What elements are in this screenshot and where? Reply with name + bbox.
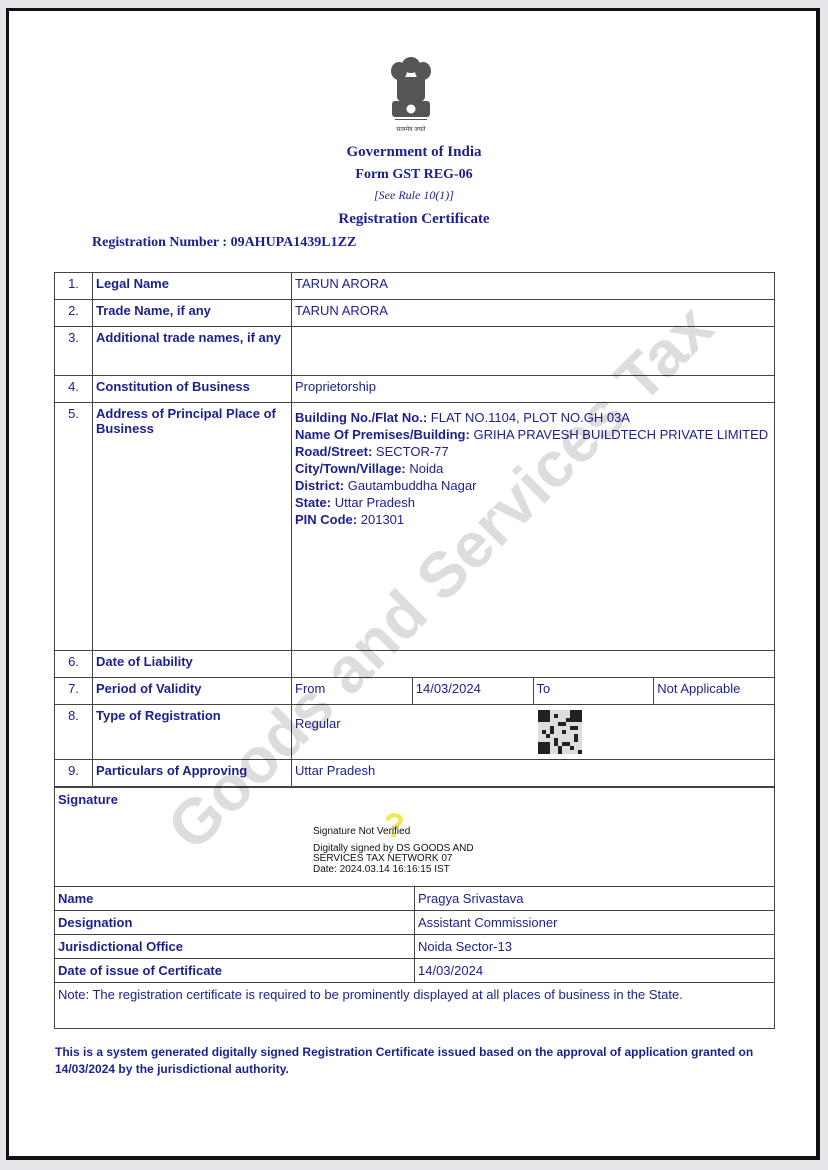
- table-row: 9. Particulars of Approving Uttar Prades…: [55, 760, 775, 787]
- row-number: 9.: [55, 760, 93, 787]
- signature-date: Date: 2024.03.14 16:16:15 IST: [313, 865, 474, 876]
- signature-table: Signature ? Signature Not Verified Digit…: [54, 787, 775, 1029]
- designation-label: Designation: [55, 911, 415, 935]
- row-label: Trade Name, if any: [93, 300, 292, 327]
- signature-row: Signature ? Signature Not Verified Digit…: [55, 788, 775, 887]
- row-label: Particulars of Approving: [93, 760, 292, 787]
- signature-signer-cont: SERVICES TAX NETWORK 07: [313, 854, 474, 865]
- government-title: Government of India: [0, 144, 828, 161]
- table-row: 1. Legal Name TARUN ARORA: [55, 273, 775, 300]
- row-number: 1.: [55, 273, 93, 300]
- row-number: 6.: [55, 651, 93, 678]
- row-label: Constitution of Business: [93, 376, 292, 403]
- row-number: 8.: [55, 705, 93, 760]
- address-line: District: Gautambuddha Nagar: [295, 477, 771, 494]
- officer-row: Jurisdictional Office Noida Sector-13: [55, 935, 775, 959]
- table-row: 3. Additional trade names, if any: [55, 327, 775, 376]
- row-label: Period of Validity: [93, 678, 292, 705]
- row-label: Type of Registration: [93, 705, 292, 760]
- legal-name-value: TARUN ARORA: [292, 273, 775, 300]
- registration-type-value: Regular: [295, 708, 771, 731]
- note-text: Note: The registration certificate is re…: [55, 983, 775, 1029]
- address-value: Building No./Flat No.: FLAT NO.1104, PLO…: [292, 403, 775, 651]
- jurisdiction-label: Jurisdictional Office: [55, 935, 415, 959]
- address-line: PIN Code: 201301: [295, 511, 771, 528]
- table-row: 5. Address of Principal Place of Busines…: [55, 403, 775, 651]
- officer-name-label: Name: [55, 887, 415, 911]
- table-row: 8. Type of Registration Regular: [55, 705, 775, 760]
- row-number: 7.: [55, 678, 93, 705]
- trade-name-value: TARUN ARORA: [292, 300, 775, 327]
- officer-row: Name Pragya Srivastava: [55, 887, 775, 911]
- document-title: Registration Certificate: [0, 211, 828, 228]
- address-line: Road/Street: SECTOR-77: [295, 443, 771, 460]
- digital-signature[interactable]: Signature Not Verified Digitally signed …: [313, 827, 474, 875]
- row-number: 2.: [55, 300, 93, 327]
- officer-row: Designation Assistant Commissioner: [55, 911, 775, 935]
- table-row: 2. Trade Name, if any TARUN ARORA: [55, 300, 775, 327]
- svg-text:सत्यमेव जयते: सत्यमेव जयते: [396, 125, 426, 133]
- issue-date-label: Date of issue of Certificate: [55, 959, 415, 983]
- rule-reference: [See Rule 10(1)]: [0, 188, 828, 203]
- registration-number-label: Registration Number :: [92, 235, 227, 250]
- officer-name-value: Pragya Srivastava: [415, 887, 775, 911]
- signature-cell: Signature ? Signature Not Verified Digit…: [55, 788, 775, 887]
- signature-label: Signature: [58, 792, 771, 807]
- address-line: Building No./Flat No.: FLAT NO.1104, PLO…: [295, 409, 771, 426]
- registration-details-table: 1. Legal Name TARUN ARORA 2. Trade Name,…: [54, 272, 775, 787]
- row-number: 4.: [55, 376, 93, 403]
- row-label: Legal Name: [93, 273, 292, 300]
- row-label: Address of Principal Place of Business: [93, 403, 292, 651]
- note-row: Note: The registration certificate is re…: [55, 983, 775, 1029]
- address-line: Name Of Premises/Building: GRIHA PRAVESH…: [295, 426, 771, 443]
- row-label: Additional trade names, if any: [93, 327, 292, 376]
- footnote: This is a system generated digitally sig…: [55, 1044, 775, 1078]
- form-number: Form GST REG-06: [0, 167, 828, 183]
- row-number: 5.: [55, 403, 93, 651]
- registration-number-value: 09AHUPA1439L1ZZ: [231, 235, 357, 250]
- signature-status: Signature Not Verified: [313, 827, 474, 838]
- table-row: 7. Period of Validity From 14/03/2024 To…: [55, 678, 775, 705]
- designation-value: Assistant Commissioner: [415, 911, 775, 935]
- issue-date-value: 14/03/2024: [415, 959, 775, 983]
- date-of-liability-value: [292, 651, 775, 678]
- registration-type-cell: Regular: [292, 705, 775, 760]
- constitution-value: Proprietorship: [292, 376, 775, 403]
- table-row: 4. Constitution of Business Proprietorsh…: [55, 376, 775, 403]
- additional-trade-names-value: [292, 327, 775, 376]
- address-line: City/Town/Village: Noida: [295, 460, 771, 477]
- approving-value: Uttar Pradesh: [292, 760, 775, 787]
- validity-from-label: From: [292, 678, 413, 705]
- validity-to-label: To: [533, 678, 654, 705]
- qr-code-icon: [538, 710, 582, 754]
- national-emblem-icon: सत्यमेव जयते: [383, 55, 439, 135]
- table-row: 6. Date of Liability: [55, 651, 775, 678]
- jurisdiction-value: Noida Sector-13: [415, 935, 775, 959]
- validity-to-value: Not Applicable: [654, 678, 775, 705]
- officer-row: Date of issue of Certificate 14/03/2024: [55, 959, 775, 983]
- validity-from-value: 14/03/2024: [412, 678, 533, 705]
- registration-number: Registration Number : 09AHUPA1439L1ZZ: [92, 235, 356, 251]
- address-line: State: Uttar Pradesh: [295, 494, 771, 511]
- row-number: 3.: [55, 327, 93, 376]
- row-label: Date of Liability: [93, 651, 292, 678]
